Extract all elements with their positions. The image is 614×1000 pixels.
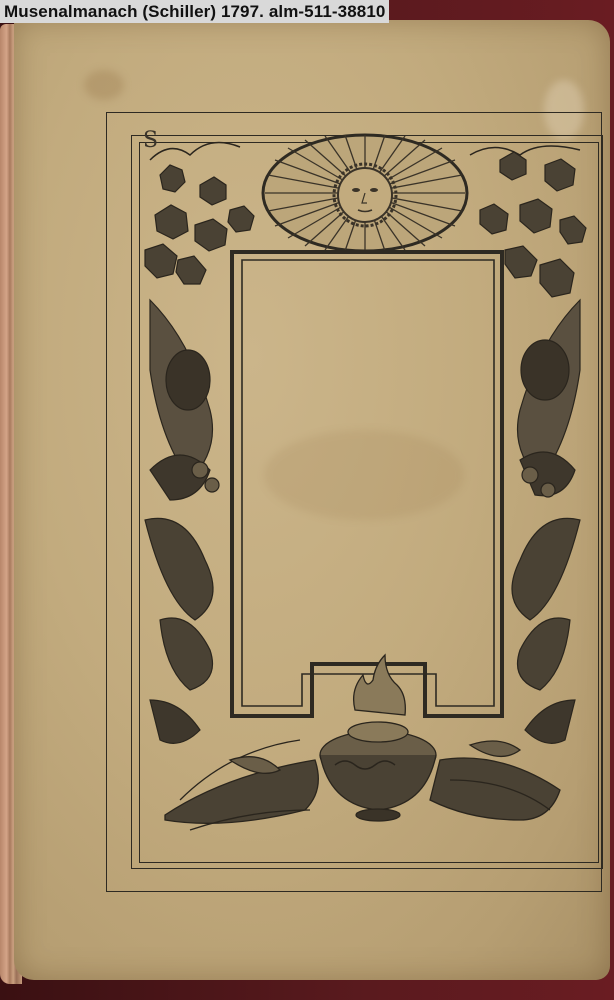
- grapevine-left-icon: [145, 143, 254, 285]
- grapevine-right-icon: [470, 146, 586, 297]
- inner-panel: [232, 252, 502, 716]
- sun-face-icon: [263, 135, 467, 251]
- wheat-cornucopia-right-icon: [512, 300, 580, 743]
- engraved-ornaments: [0, 0, 614, 1000]
- image-caption: Musenalmanach (Schiller) 1797. alm-511-3…: [0, 0, 389, 23]
- flaming-urn-icon: [320, 655, 436, 821]
- laurel-bundle-left-icon: [165, 740, 318, 830]
- wheat-cornucopia-left-icon: [145, 300, 219, 743]
- laurel-bundle-right-icon: [430, 741, 560, 820]
- corner-glyph: S: [143, 128, 158, 153]
